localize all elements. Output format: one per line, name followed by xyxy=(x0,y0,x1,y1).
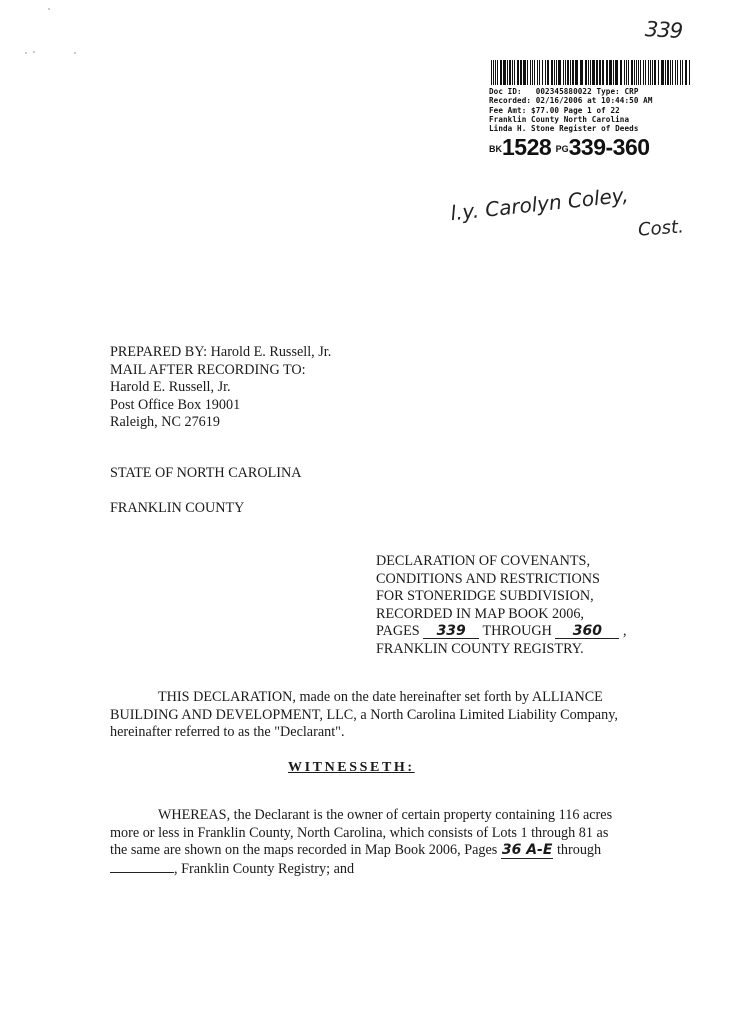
recording-stamp: Doc ID: 002345880022 Type: CRPRecorded: … xyxy=(489,87,653,133)
recipient-name: Harold E. Russell, Jr. xyxy=(110,379,331,397)
whereas-line-3: the same are shown on the maps recorded … xyxy=(110,842,675,860)
page-label: PG xyxy=(556,144,569,154)
book-label: BK xyxy=(489,144,502,154)
whereas-line-3-through: through xyxy=(553,842,601,858)
mail-after-recording-line: MAIL AFTER RECORDING TO: xyxy=(110,362,331,380)
comma: , xyxy=(619,623,626,639)
intro-line-1: THIS DECLARATION, made on the date herei… xyxy=(110,689,655,707)
prepared-by-line: PREPARED BY: Harold E. Russell, Jr. xyxy=(110,344,331,362)
recipient-city-zip: Raleigh, NC 27619 xyxy=(110,414,331,432)
page-range: 339-360 xyxy=(569,134,650,160)
book-page-stamp: BK1528 PG339-360 xyxy=(489,134,650,161)
pages-label: PAGES xyxy=(376,623,423,639)
speck xyxy=(74,52,76,54)
title-line-6: FRANKLIN COUNTY REGISTRY. xyxy=(376,641,626,659)
stamp-doc-id-line: Doc ID: 002345880022 Type: CRP xyxy=(489,87,653,96)
handwritten-map-pages: 36 A-E xyxy=(501,842,554,859)
title-line-4: RECORDED IN MAP BOOK 2006, xyxy=(376,606,626,624)
speck xyxy=(48,8,50,10)
county-heading: FRANKLIN COUNTY xyxy=(110,500,244,518)
intro-line-3: hereinafter referred to as the "Declaran… xyxy=(110,724,655,742)
title-line-2: CONDITIONS AND RESTRICTIONS xyxy=(376,571,626,589)
stamp-recorded-line: Recorded: 02/16/2006 at 10:44:50 AM xyxy=(489,96,653,105)
speck xyxy=(33,51,35,53)
handwritten-page-number: 339 xyxy=(644,17,682,43)
handwritten-note-line-1: l.y. Carolyn Coley, xyxy=(449,183,629,226)
handwritten-page-from: 339 xyxy=(423,624,479,639)
state-heading: STATE OF NORTH CAROLINA xyxy=(110,465,302,483)
recipient-po-box: Post Office Box 19001 xyxy=(110,397,331,415)
book-number: 1528 xyxy=(502,134,551,160)
stamp-county-line: Franklin County North Carolina xyxy=(489,115,653,124)
prepared-by-block: PREPARED BY: Harold E. Russell, Jr. MAIL… xyxy=(110,344,331,432)
whereas-line-1: WHEREAS, the Declarant is the owner of c… xyxy=(110,807,675,825)
handwritten-page-to: 360 xyxy=(555,624,619,639)
stamp-register-line: Linda H. Stone Register of Deeds xyxy=(489,124,653,133)
handwritten-note-line-2: Cost. xyxy=(637,216,684,240)
stamp-fee-line: Fee Amt: $77.00 Page 1 of 22 xyxy=(489,106,653,115)
whereas-line-4-text: , Franklin County Registry; and xyxy=(174,861,354,877)
blank-page-field xyxy=(110,860,174,873)
title-line-1: DECLARATION OF COVENANTS, xyxy=(376,553,626,571)
intro-line-2: BUILDING AND DEVELOPMENT, LLC, a North C… xyxy=(110,707,655,725)
scan-specks xyxy=(20,40,80,60)
speck xyxy=(25,52,27,54)
witnesseth-heading: WITNESSETH: xyxy=(288,760,415,776)
declaration-title-block: DECLARATION OF COVENANTS, CONDITIONS AND… xyxy=(376,553,626,659)
intro-paragraph: THIS DECLARATION, made on the date herei… xyxy=(110,689,655,742)
title-line-3: FOR STONERIDGE SUBDIVISION, xyxy=(376,588,626,606)
barcode-icon xyxy=(491,60,690,85)
whereas-line-3-text: the same are shown on the maps recorded … xyxy=(110,842,501,858)
title-line-5: PAGES 339 THROUGH 360 , xyxy=(376,623,626,641)
whereas-line-4: , Franklin County Registry; and xyxy=(110,860,675,879)
whereas-paragraph: WHEREAS, the Declarant is the owner of c… xyxy=(110,807,675,878)
whereas-line-2: more or less in Franklin County, North C… xyxy=(110,825,675,843)
through-label: THROUGH xyxy=(479,623,555,639)
handwritten-note: l.y. Carolyn Coley, Cost. xyxy=(450,188,730,248)
